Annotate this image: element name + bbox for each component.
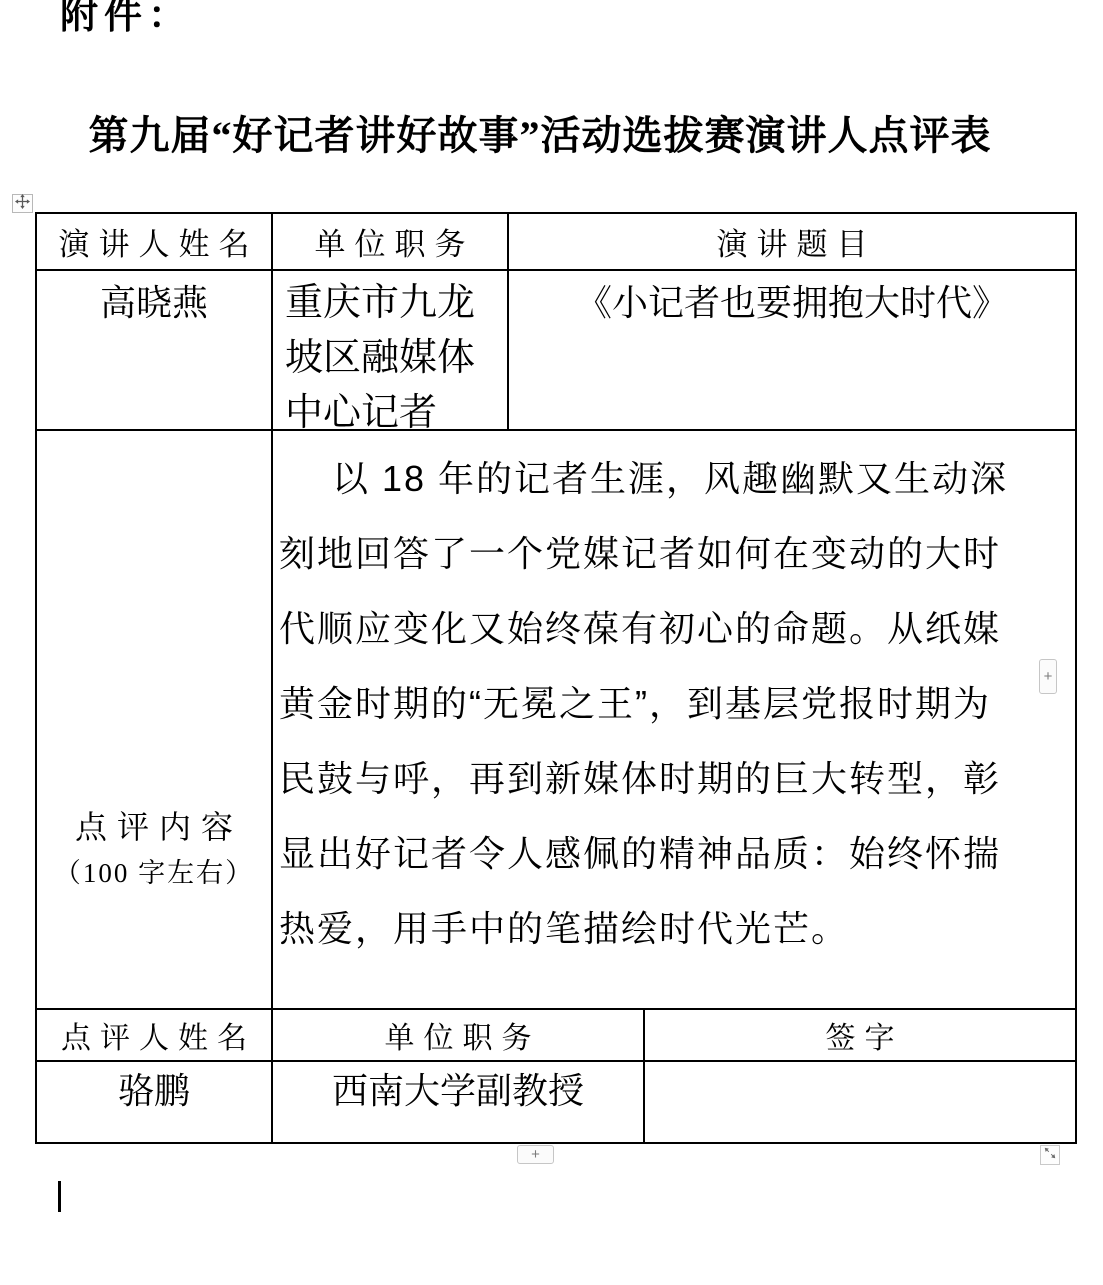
header-label: 单位职务 <box>376 1013 541 1057</box>
header-label: 演讲人姓名 <box>50 219 259 264</box>
speech-title-cell[interactable]: 《小记者也要拥抱大时代》 <box>507 271 1075 429</box>
comment-content-cell[interactable]: 以 18 年的记者生涯，风趣幽默又生动深 刻地回答了一个党媒记者如何在变动的大时… <box>271 431 1075 1008</box>
comment-text-line: 代顺应变化又始终葆有初心的命题。从纸媒 <box>279 591 1045 666</box>
header-cell-reviewer-unit[interactable]: 单位职务 <box>271 1010 643 1060</box>
reviewer-name-cell[interactable]: 骆鹏 <box>37 1062 271 1142</box>
document-page: 附件： 第九届“好记者讲好故事”活动选拔赛演讲人点评表 演讲人姓名 <box>0 0 1103 1285</box>
reviewer-unit: 西南大学副教授 <box>332 1070 584 1111</box>
move-arrows-icon <box>15 194 30 214</box>
header-label: 单位职务 <box>306 219 475 264</box>
reviewer-row: 骆鹏 西南大学副教授 <box>37 1060 1075 1142</box>
speaker-row: 高晓燕 重庆市九龙坡区融媒体中心记者 《小记者也要拥抱大时代》 <box>37 269 1075 429</box>
reviewer-name: 骆鹏 <box>118 1070 190 1111</box>
table-header-row: 演讲人姓名 单位职务 演讲题目 <box>37 214 1075 269</box>
comment-row: 点评内容 （100 字左右） 以 18 年的记者生涯，风趣幽默又生动深 刻地回答… <box>37 429 1075 1008</box>
header-cell-signature[interactable]: 签字 <box>643 1010 1075 1060</box>
speaker-unit-cell[interactable]: 重庆市九龙坡区融媒体中心记者 <box>271 271 507 429</box>
comment-text-line: 黄金时期的“无冕之王”，到基层党报时期为 <box>279 666 1045 741</box>
review-table: 演讲人姓名 单位职务 演讲题目 高晓燕 重庆市九龙坡区融媒体中心记者 《小记者也… <box>35 212 1077 1144</box>
speech-title: 《小记者也要拥抱大时代》 <box>576 282 1008 323</box>
insert-row-button[interactable]: + <box>517 1145 554 1164</box>
comment-text-line: 热爱，用手中的笔描绘时代光芒。 <box>279 891 1045 966</box>
page-title[interactable]: 第九届“好记者讲好故事”活动选拔赛演讲人点评表 <box>0 104 1080 161</box>
reviewer-unit-cell[interactable]: 西南大学副教授 <box>271 1062 643 1142</box>
table-resize-handle[interactable] <box>1040 1145 1060 1165</box>
comment-text-line: 以 18 年的记者生涯，风趣幽默又生动深 <box>279 441 1045 516</box>
attachment-label[interactable]: 附件： <box>60 0 192 39</box>
header-label: 演讲题目 <box>708 219 877 264</box>
comment-text-line: 显出好记者令人感佩的精神品质：始终怀揣 <box>279 816 1045 891</box>
table-move-handle[interactable] <box>12 194 33 213</box>
speaker-name: 高晓燕 <box>100 282 208 323</box>
plus-icon: + <box>1044 669 1053 684</box>
header-cell-unit-position[interactable]: 单位职务 <box>271 214 507 269</box>
header-label: 点评人姓名 <box>52 1013 256 1057</box>
comment-label-line2: （100 字左右） <box>37 851 271 895</box>
plus-icon: + <box>531 1147 540 1162</box>
header-label: 签字 <box>817 1013 904 1057</box>
comment-label-line1: 点评内容 <box>37 803 271 851</box>
signature-cell[interactable] <box>643 1062 1075 1142</box>
header-cell-reviewer-name[interactable]: 点评人姓名 <box>37 1010 271 1060</box>
header-cell-speaker-name[interactable]: 演讲人姓名 <box>37 214 271 269</box>
diagonal-resize-icon <box>1043 1146 1057 1165</box>
comment-text-line: 民鼓与呼，再到新媒体时期的巨大转型，彰 <box>279 741 1045 816</box>
comment-text-line: 刻地回答了一个党媒记者如何在变动的大时 <box>279 516 1045 591</box>
speaker-unit: 重庆市九龙坡区融媒体中心记者 <box>285 282 475 429</box>
text-cursor <box>58 1181 61 1212</box>
reviewer-header-row: 点评人姓名 单位职务 签字 <box>37 1008 1075 1060</box>
insert-column-button[interactable]: + <box>1039 659 1057 694</box>
speaker-name-cell[interactable]: 高晓燕 <box>37 271 271 429</box>
comment-label-cell[interactable]: 点评内容 （100 字左右） <box>37 431 271 1008</box>
header-cell-speech-title[interactable]: 演讲题目 <box>507 214 1075 269</box>
